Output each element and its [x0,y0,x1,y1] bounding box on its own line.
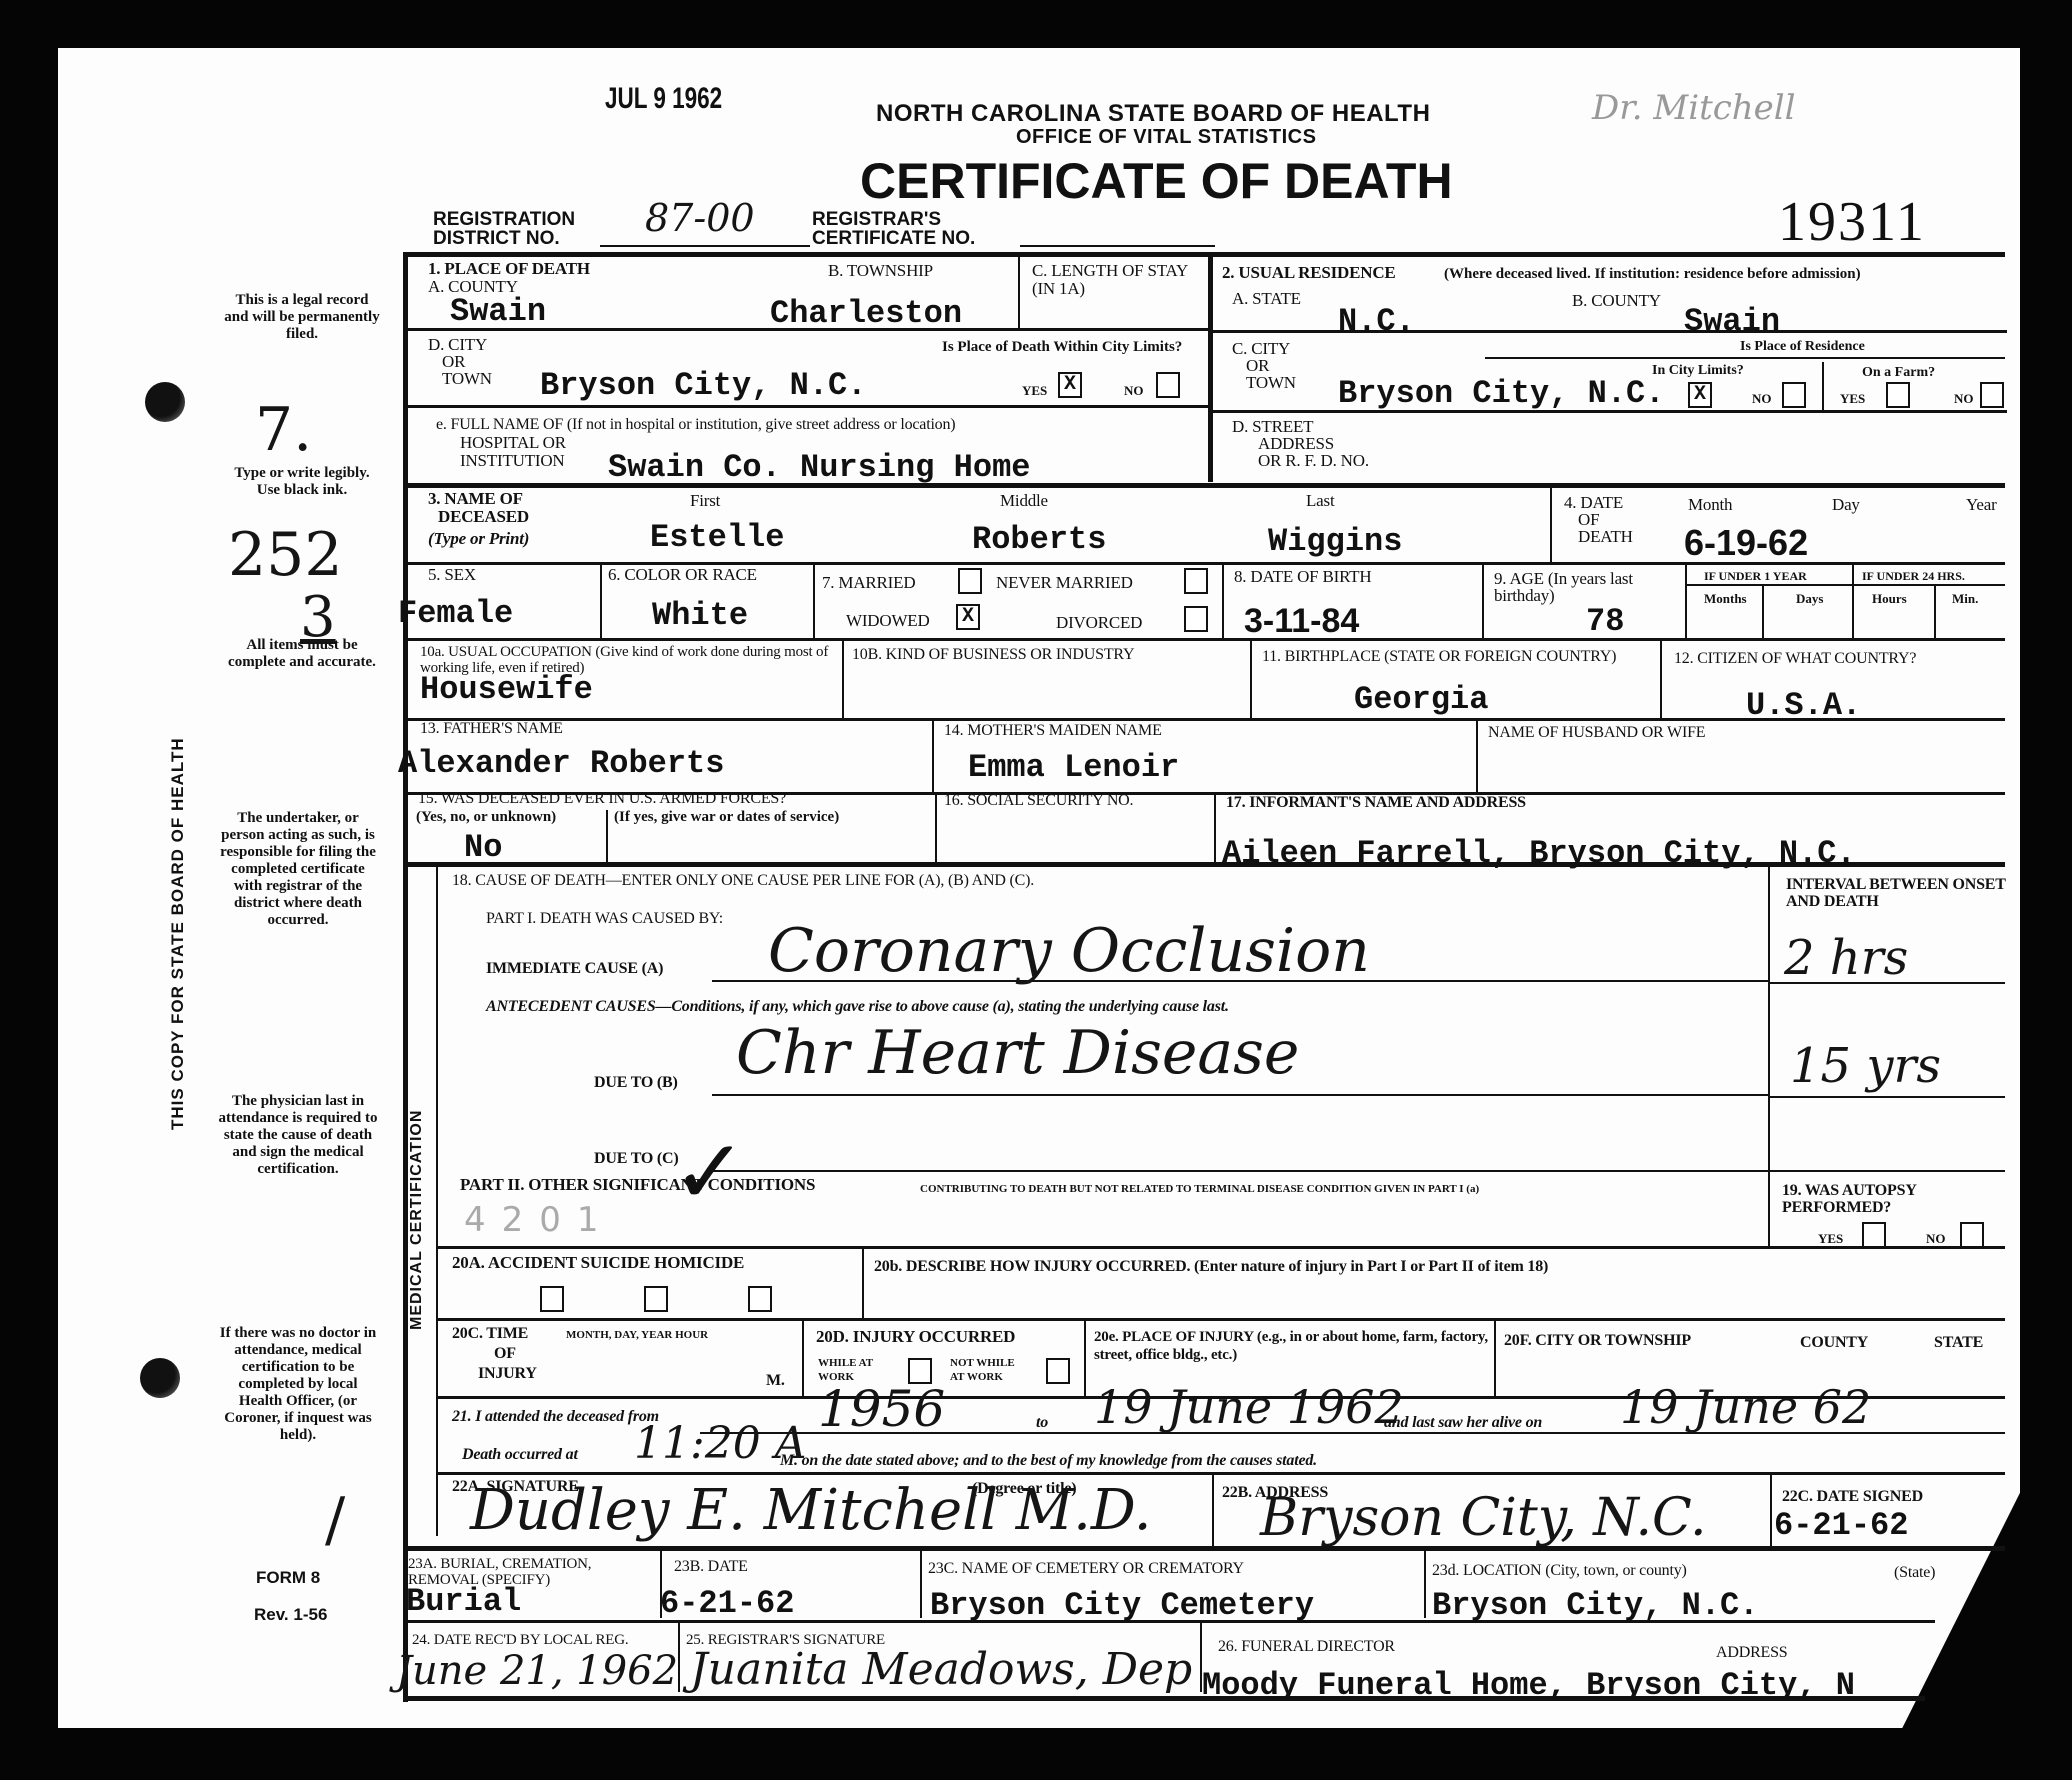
margin-hand-mark: / [325,1485,345,1555]
residence-city-label: c. CITY OR TOWN [1232,340,1296,391]
death-month-label: Month [1688,496,1732,513]
disposition-method-value: Burial [406,1586,521,1618]
armed-ssn-divider [935,794,937,864]
date-recd-registrar-divider [678,1622,680,1692]
days-label: Days [1796,592,1823,606]
within-limits-yes-label: YES [1022,384,1047,398]
hours-min-divider [1934,584,1936,638]
divorced-label: DIVORCED [1056,614,1142,631]
due-to-b-value: Chr Heart Disease [736,1018,1299,1088]
autopsy-divider [1768,1172,1770,1248]
punch-hole-top [145,382,185,422]
first-name-value: Estelle [650,522,784,554]
residence-state-value: N.C. [1338,306,1415,338]
armed-service-divider [606,810,608,864]
attended-to-value: 19 June 1962 [1094,1380,1404,1434]
industry-birthplace-divider [1250,640,1252,718]
physician-note: The physician last in attendance is requ… [218,1093,378,1178]
in-city-yes-checkbox[interactable]: X [1688,382,1712,408]
place-city-divider [1494,1320,1496,1396]
last-name-label: Last [1306,492,1334,509]
dob-label: 8. DATE OF BIRTH [1234,568,1371,585]
within-limits-no-label: NO [1124,384,1144,398]
institution-label-2: HOSPITAL OR [460,434,566,451]
date-of-death-label: 4. DATE OF DEATH [1564,494,1633,545]
last-saw-value: 19 June 62 [1620,1380,1871,1434]
frame-left-line [403,252,408,1702]
certificate-number: 19311 [1778,190,1926,254]
father-name-label: 13. FATHER'S NAME [420,720,563,737]
residence-state-label: a. STATE [1232,290,1301,307]
due-to-c-label: DUE TO (c) [594,1150,679,1167]
immediate-cause-value: Coronary Occlusion [768,916,1370,986]
institution-label-3: INSTITUTION [460,452,565,469]
attended-to-label: to [1036,1414,1048,1431]
institution-label: e. FULL NAME OF (If not in hospital or i… [436,416,955,433]
date-cemetery-divider [920,1550,922,1618]
death-township-label: b. TOWNSHIP [828,262,933,279]
residence-county-value: Swain [1684,306,1780,338]
armed-forces-note-2: (If yes, give war or dates of service) [614,810,839,824]
complete-accurate-note: All items must be complete and accurate. [222,637,382,671]
race-marital-divider [813,564,815,638]
location-label: 23d. LOCATION (City, town, or county) [1432,1562,1687,1579]
married-label: 7. MARRIED [822,574,915,591]
frame-bottom-line [405,1696,1925,1701]
cause-of-death-label: 18. CAUSE OF DEATH—ENTER ONLY ONE CAUSE … [452,872,1034,889]
date-received-label: 24. DATE REC'D BY LOCAL REG. [412,1632,677,1648]
date-signed-label: 22c. DATE SIGNED [1782,1488,1923,1505]
death-county-value: Swain [450,296,546,328]
on-farm-label: On a Farm? [1862,366,1935,380]
medical-section-top-line [405,862,2005,867]
marital-dob-divider [1222,564,1224,638]
part1-label: PART I. DEATH WAS CAUSED BY: [486,910,723,927]
autopsy-no-checkbox[interactable] [1960,1222,1984,1248]
residence-county-label: b. COUNTY [1572,292,1661,309]
row2-divider-left [405,405,1208,408]
mother-name-label: 14. MOTHER'S MAIDEN NAME [944,722,1162,739]
min-label: Min. [1952,592,1978,606]
immediate-cause-label: IMMEDIATE CAUSE (a) [486,960,663,977]
funeral-director-label: 26. FUNERAL DIRECTOR [1218,1638,1395,1655]
death-statement: M. on the date stated above; and to the … [780,1452,1317,1469]
death-city-value: Bryson City, N.C. [540,370,866,402]
usual-residence-note: (Where deceased lived. If institution: r… [1444,267,1861,281]
injury-time-row-top-line [438,1318,2005,1321]
injury-type-divider [862,1248,864,1318]
last-saw-label: and last saw her alive on [1384,1414,1542,1431]
farm-no-label: NO [1954,392,1974,406]
disposition-date-label: 23b. DATE [674,1558,748,1575]
legal-record-note: This is a legal record and will be perma… [222,292,382,343]
time-occurred-divider [802,1320,804,1396]
married-checkbox[interactable] [958,568,982,594]
within-limits-no-checkbox[interactable] [1156,372,1180,398]
in-city-no-checkbox[interactable] [1782,382,1806,408]
agency-name: NORTH CAROLINA STATE BOARD OF HEALTH [876,100,1430,128]
under-1-year-label: IF UNDER 1 YEAR [1704,569,1807,583]
mother-spouse-divider [1476,720,1478,792]
address-date-divider [1770,1474,1772,1546]
hours-label: Hours [1872,592,1907,606]
injury-county-label: COUNTY [1800,1334,1868,1351]
age-value: 78 [1586,606,1624,638]
not-while-at-work-label: NOT WHILE AT WORK [950,1356,1030,1384]
residence-question-underline [1485,357,2005,359]
armed-forces-note-1: (Yes, no, or unknown) [416,810,556,824]
funeral-address-label: ADDRESS [1716,1644,1788,1661]
length-stay-divider [1018,254,1020,328]
injury-place-label: 20e. PLACE OF INJURY (e.g., in or about … [1094,1328,1489,1364]
medical-certification-label: MEDICAL CERTIFICATION [408,1110,426,1330]
birthplace-value: Georgia [1354,684,1488,716]
mother-name-value: Emma Lenoir [968,752,1179,784]
occupation-value: Housewife [420,674,593,706]
no-doctor-note: If there was no doctor in attendance, me… [218,1325,378,1444]
father-name-value: Alexander Roberts [398,748,724,780]
attended-from-label: 21. I attended the deceased from [452,1408,659,1425]
form-number: FORM 8 [256,1568,320,1588]
disposition-date-value: 6-21-62 [660,1588,794,1620]
due-to-c-line [712,1170,2005,1172]
under-24-hrs-label: IF UNDER 24 HRS. [1862,569,1965,583]
registrar-certificate-underline [1020,245,1215,247]
registration-district-underline [600,245,810,247]
length-of-stay-label: c. LENGTH OF STAY (in 1a) [1032,262,1202,298]
race-value: White [652,600,748,632]
date-signed-value: 6-21-62 [1774,1510,1908,1542]
part2-code-value: 4201 [464,1200,615,1240]
row1-divider-right [1212,330,2007,333]
sex-race-divider [600,564,602,638]
in-city-no-label: NO [1752,392,1772,406]
received-stamp-date: JUL 9 1962 [605,82,722,116]
cemetery-value: Bryson City Cemetery [930,1590,1314,1622]
suicide-checkbox[interactable] [644,1286,668,1312]
antecedent-causes-label: ANTECEDENT CAUSES—Conditions, if any, wh… [486,998,1229,1015]
autopsy-label: 19. WAS AUTOPSY PERFORMED? [1782,1182,1982,1216]
sex-value: Female [398,598,513,630]
middle-name-value: Roberts [972,524,1106,556]
farm-no-checkbox[interactable] [1980,382,2004,408]
in-city-limits-label: In City Limits? [1652,364,1744,378]
months-days-divider [1762,584,1764,638]
homicide-checkbox[interactable] [748,1286,772,1312]
signature-address-divider [1212,1474,1214,1546]
widowed-checkbox[interactable]: X [956,604,980,630]
under1-under24-divider [1852,564,1854,638]
location-state-label: (State) [1894,1564,1935,1581]
registration-row-top-line [405,1620,1935,1623]
injury-occurred-label: 20d. INJURY OCCURRED [816,1328,1015,1345]
armed-forces-label: 15. WAS DECEASED EVER IN U.S. ARMED FORC… [418,790,786,807]
industry-label: 10b. KIND OF BUSINESS OR INDUSTRY [852,646,1134,663]
injury-time-meridiem: M. [766,1372,785,1389]
ssn-informant-divider [1214,794,1216,864]
injury-type-label: 20a. ACCIDENT SUICIDE HOMICIDE [452,1254,744,1271]
ssn-label: 16. SOCIAL SECURITY NO. [944,792,1133,809]
widowed-label: WIDOWED [846,612,930,629]
attended-line [700,1432,2005,1434]
registration-district-value: 87-00 [645,196,755,240]
birthplace-label: 11. BIRTHPLACE (State or foreign country… [1262,648,1616,665]
race-label: 6. COLOR OR RACE [608,566,757,583]
due-to-b-interval-line [1770,1096,2005,1098]
office-name: OFFICE OF VITAL STATISTICS [1016,126,1316,149]
death-year-label: Year [1966,496,1997,513]
handwritten-physician-note: Dr. Mitchell [1592,88,1796,128]
within-limits-yes-checkbox[interactable]: X [1058,372,1082,398]
registration-district-label: REGISTRATION DISTRICT NO. [433,210,575,248]
punch-hole-bottom [140,1358,180,1398]
state-copy-vertical-label: THIS COPY FOR STATE BOARD OF HEALTH [168,737,188,1130]
spouse-name-label: NAME OF HUSBAND OR WIFE [1488,724,1705,741]
registrar-signature-value: Juanita Meadows, Dep [690,1644,1192,1695]
death-time-label: Death occurred at [462,1446,578,1463]
form-revision: Rev. 1-56 [254,1605,327,1625]
informant-label: 17. INFORMANT'S NAME AND ADDRESS [1226,794,1526,811]
autopsy-no-label: NO [1926,1232,1946,1246]
citizen-label: 12. CITIZEN OF WHAT COUNTRY? [1674,650,1916,667]
cemetery-location-divider [1424,1550,1426,1618]
undertaker-note: The undertaker, or person acting as such… [218,810,378,929]
never-married-checkbox[interactable] [1184,568,1208,594]
row6-top-line [405,718,2005,721]
registrar-certificate-label: REGISTRAR'S CERTIFICATE NO. [812,210,975,248]
death-township-value: Charleston [770,298,962,330]
place-of-residence-label: Is Place of Residence [1740,340,1865,354]
last-name-value: Wiggins [1268,526,1402,558]
within-city-limits-label: Is Place of Death Within City Limits? [942,340,1182,354]
under-header-underline [1685,584,2005,586]
occupation-industry-divider [842,640,844,718]
institution-value: Swain Co. Nursing Home [608,452,1030,484]
injury-time-columns: MONTH, DAY, YEAR HOUR [566,1328,708,1342]
due-to-b-line [712,1094,1768,1096]
margin-hand-number-7: 7. [255,395,312,465]
place-of-death-label: 1. PLACE OF DEATH [428,260,590,277]
part2-label: PART II. OTHER SIGNIFICANT CONDITIONS [460,1176,815,1193]
occurred-place-divider [1084,1320,1086,1396]
cemetery-label: 23c. NAME OF CEMETERY OR CREMATORY [928,1560,1244,1577]
injury-state-label: STATE [1934,1334,1983,1351]
injury-describe-label: 20b. DESCRIBE HOW INJURY OCCURRED. (Ente… [874,1258,1548,1275]
injury-row-top-line [438,1246,2005,1249]
accident-checkbox[interactable] [540,1286,564,1312]
divorced-checkbox[interactable] [1184,606,1208,632]
usual-residence-label: 2. USUAL RESIDENCE [1222,264,1396,281]
deceased-name-label: 3. NAME OF DECEASED (Type or Print) [428,490,529,548]
age-label: 9. AGE (In years last birthday) [1494,570,1684,604]
first-name-label: First [690,492,720,509]
due-to-b-label: DUE TO (b) [594,1074,678,1091]
medical-cert-divider [436,866,438,1536]
sex-label: 5. SEX [428,566,476,583]
dob-age-divider [1482,564,1484,638]
months-label: Months [1704,592,1747,606]
location-value: Bryson City, N.C. [1432,1590,1758,1622]
never-married-label: NEVER MARRIED [996,574,1133,591]
autopsy-yes-label: YES [1818,1232,1843,1246]
disposition-row-top-line [405,1546,2005,1551]
farm-yes-label: YES [1840,392,1865,406]
frame-left-inner-line [1208,252,1213,482]
residence-street-label: d. STREET ADDRESS or R. F. D. NO. [1232,418,1369,469]
attended-from-value: 1956 [818,1380,945,1438]
immediate-interval-value: 2 hrs [1784,930,1908,986]
type-legibly-note: Type or write legibly. Use black ink. [222,465,382,499]
father-mother-divider [932,720,934,792]
residence-farm-divider [1822,362,1824,410]
middle-name-label: Middle [1000,492,1048,509]
date-of-death-divider [1550,487,1552,563]
frame-top-line [405,252,2005,257]
injury-city-label: 20f. CITY OR TOWNSHIP [1504,1332,1691,1349]
injury-time-label: 20c. TIME OF INJURY [452,1324,537,1384]
document-title: CERTIFICATE OF DEATH [860,152,1453,210]
armed-forces-value: No [464,832,502,864]
date-of-death-value: 6-19-62 [1684,522,1808,564]
age-under1-divider [1685,564,1687,638]
death-day-label: Day [1832,496,1860,513]
interval-column-divider [1768,866,1770,1172]
farm-yes-checkbox[interactable] [1886,382,1910,408]
not-while-at-work-checkbox[interactable] [1046,1358,1070,1384]
physician-signature: Dudley E. Mitchell M.D. [470,1478,1152,1543]
margin-hand-number-252: 252 [228,520,343,590]
row5-top-line [405,638,2005,641]
death-city-label: d. CITY OR TOWN [428,336,492,387]
dob-value: 3-11-84 [1244,602,1359,641]
part2-note: CONTRIBUTING TO DEATH BUT NOT RELATED TO… [920,1182,1479,1196]
interval-label: INTERVAL BETWEEN ONSET AND DEATH [1786,876,2008,910]
birthplace-citizen-divider [1660,640,1662,718]
date-received-value: June 21, 1962 [396,1648,678,1694]
autopsy-yes-checkbox[interactable] [1862,1222,1886,1248]
physician-address-value: Bryson City, N.C. [1260,1488,1706,1548]
due-to-b-interval-value: 15 yrs [1790,1038,1941,1094]
checkmark-icon: ✓ [672,1128,747,1218]
residence-city-value: Bryson City, N.C. [1338,378,1664,410]
